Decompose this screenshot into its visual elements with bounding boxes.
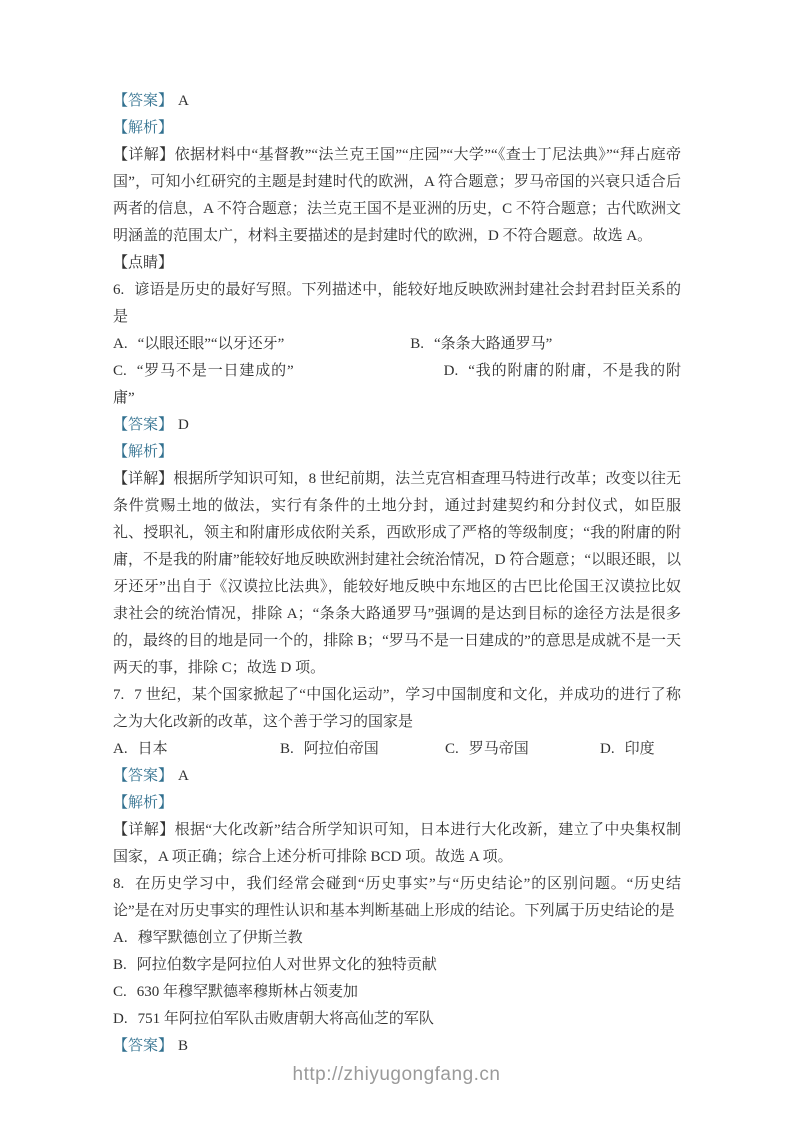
- analysis-label: 【解析】: [113, 795, 173, 811]
- q7-answer-line: 【答案】A: [113, 763, 681, 790]
- q8-option-a-key: A.: [113, 930, 138, 946]
- q7-option-d: D.印度: [600, 736, 655, 763]
- q7-stem: 7.7 世纪，某个国家掀起了“中国化运动”，学习中国制度和文化，并成功的进行了称…: [113, 682, 681, 736]
- q6-option-a-text: “以眼还眼”“以牙还牙”: [138, 336, 285, 352]
- q7-option-c-key: C.: [445, 741, 469, 757]
- q6-option-c-key: C.: [113, 363, 137, 379]
- q7-detail-text: 根据“大化改新”结合所学知识可知，日本进行大化改新，建立了中央集权制国家，A 项…: [113, 822, 681, 865]
- q5-detail-paragraph: 【详解】依据材料中“基督教”“法兰克王国”“庄园”“大学”“《查士丁尼法典》”“…: [113, 142, 681, 250]
- q6-answer-value: D: [178, 417, 189, 433]
- document-content: 【答案】A 【解析】 【详解】依据材料中“基督教”“法兰克王国”“庄园”“大学”…: [113, 88, 681, 1060]
- q7-option-b: B.阿拉伯帝国: [280, 736, 445, 763]
- q6-answer-line: 【答案】D: [113, 412, 681, 439]
- q5-tip-line: 【点睛】: [113, 250, 681, 277]
- q7-option-a: A.日本: [113, 736, 280, 763]
- q6-option-a-key: A.: [113, 336, 138, 352]
- q6-detail-paragraph: 【详解】根据所学知识可知，8 世纪前期，法兰克宫相查理马特进行改革；改变以往无条…: [113, 466, 681, 682]
- q6-detail-text: 根据所学知识可知，8 世纪前期，法兰克宫相查理马特进行改革；改变以往无条件赏赐土…: [113, 471, 681, 676]
- q6-options-row-cd: C.“罗马不是一日建成的”D.“我的附庸的附庸，不是我的附庸”: [113, 358, 681, 412]
- footer-watermark: http://zhiyugongfang.cn: [0, 1064, 793, 1086]
- q6-number: 6.: [113, 282, 134, 298]
- q7-option-b-key: B.: [280, 741, 304, 757]
- q7-option-d-text: 印度: [625, 741, 655, 757]
- q6-stem-text: 谚语是历史的最好写照。下列描述中，能较好地反映欧洲封建社会封君封臣关系的是: [113, 282, 681, 325]
- q8-stem-text: 在历史学习中，我们经常会碰到“历史事实”与“历史结论”的区别问题。“历史结论”是…: [113, 876, 681, 919]
- q8-option-c-key: C.: [113, 984, 137, 1000]
- q7-option-b-text: 阿拉伯帝国: [304, 741, 379, 757]
- detail-label: 【详解】: [113, 471, 173, 487]
- q8-number: 8.: [113, 876, 134, 892]
- q8-option-d: D.751 年阿拉伯军队击败唐朝大将高仙芝的军队: [113, 1006, 681, 1033]
- answer-label: 【答案】: [113, 1038, 173, 1054]
- q6-option-b-key: B.: [410, 336, 434, 352]
- q7-answer-value: A: [178, 768, 189, 784]
- q8-option-b-key: B.: [113, 957, 137, 973]
- q6-stem: 6.谚语是历史的最好写照。下列描述中，能较好地反映欧洲封建社会封君封臣关系的是: [113, 277, 681, 331]
- detail-label: 【详解】: [113, 147, 175, 163]
- q7-analysis-line: 【解析】: [113, 790, 681, 817]
- footer-url: http://zhiyugongfang.cn: [293, 1064, 501, 1085]
- q7-option-c: C.罗马帝国: [445, 736, 600, 763]
- q8-option-c-text: 630 年穆罕默德率穆斯林占领麦加: [137, 984, 358, 1000]
- q6-options-row-ab: A.“以眼还眼”“以牙还牙”B.“条条大路通罗马”: [113, 331, 681, 358]
- q8-option-a-text: 穆罕默德创立了伊斯兰教: [138, 930, 303, 946]
- q8-option-b: B.阿拉伯数字是阿拉伯人对世界文化的独特贡献: [113, 952, 681, 979]
- detail-label: 【详解】: [113, 822, 175, 838]
- q5-answer-line: 【答案】A: [113, 88, 681, 115]
- q8-option-c: C.630 年穆罕默德率穆斯林占领麦加: [113, 979, 681, 1006]
- q7-detail-paragraph: 【详解】根据“大化改新”结合所学知识可知，日本进行大化改新，建立了中央集权制国家…: [113, 817, 681, 871]
- q7-option-d-key: D.: [600, 741, 625, 757]
- q6-option-b-text: “条条大路通罗马”: [434, 336, 552, 352]
- q8-option-a: A.穆罕默德创立了伊斯兰教: [113, 925, 681, 952]
- q7-stem-text: 7 世纪，某个国家掀起了“中国化运动”，学习中国制度和文化，并成功的进行了称之为…: [113, 687, 681, 730]
- q8-option-b-text: 阿拉伯数字是阿拉伯人对世界文化的独特贡献: [137, 957, 437, 973]
- q8-stem: 8.在历史学习中，我们经常会碰到“历史事实”与“历史结论”的区别问题。“历史结论…: [113, 871, 681, 925]
- q8-option-d-text: 751 年阿拉伯军队击败唐朝大将高仙芝的军队: [138, 1011, 434, 1027]
- q7-options-row: A.日本B.阿拉伯帝国C.罗马帝国D.印度: [113, 736, 681, 763]
- document-page: 【答案】A 【解析】 【详解】依据材料中“基督教”“法兰克王国”“庄园”“大学”…: [0, 0, 793, 1122]
- answer-label: 【答案】: [113, 417, 173, 433]
- answer-label: 【答案】: [113, 93, 173, 109]
- q7-option-a-key: A.: [113, 741, 138, 757]
- q7-option-c-text: 罗马帝国: [469, 741, 529, 757]
- q6-option-d-key: D.: [444, 363, 469, 379]
- q7-option-a-text: 日本: [138, 741, 168, 757]
- analysis-label: 【解析】: [113, 444, 173, 460]
- q7-number: 7.: [113, 687, 134, 703]
- q5-analysis-line: 【解析】: [113, 115, 681, 142]
- q8-answer-line: 【答案】B: [113, 1033, 681, 1060]
- answer-label: 【答案】: [113, 768, 173, 784]
- q5-detail-text: 依据材料中“基督教”“法兰克王国”“庄园”“大学”“《查士丁尼法典》”“拜占庭帝…: [113, 147, 681, 244]
- q6-analysis-line: 【解析】: [113, 439, 681, 466]
- q8-option-d-key: D.: [113, 1011, 138, 1027]
- q6-option-c-text: “罗马不是一日建成的”: [137, 363, 294, 379]
- q8-answer-value: B: [178, 1038, 188, 1054]
- tip-label: 【点睛】: [113, 255, 173, 271]
- analysis-label: 【解析】: [113, 120, 173, 136]
- q5-answer-value: A: [178, 93, 189, 109]
